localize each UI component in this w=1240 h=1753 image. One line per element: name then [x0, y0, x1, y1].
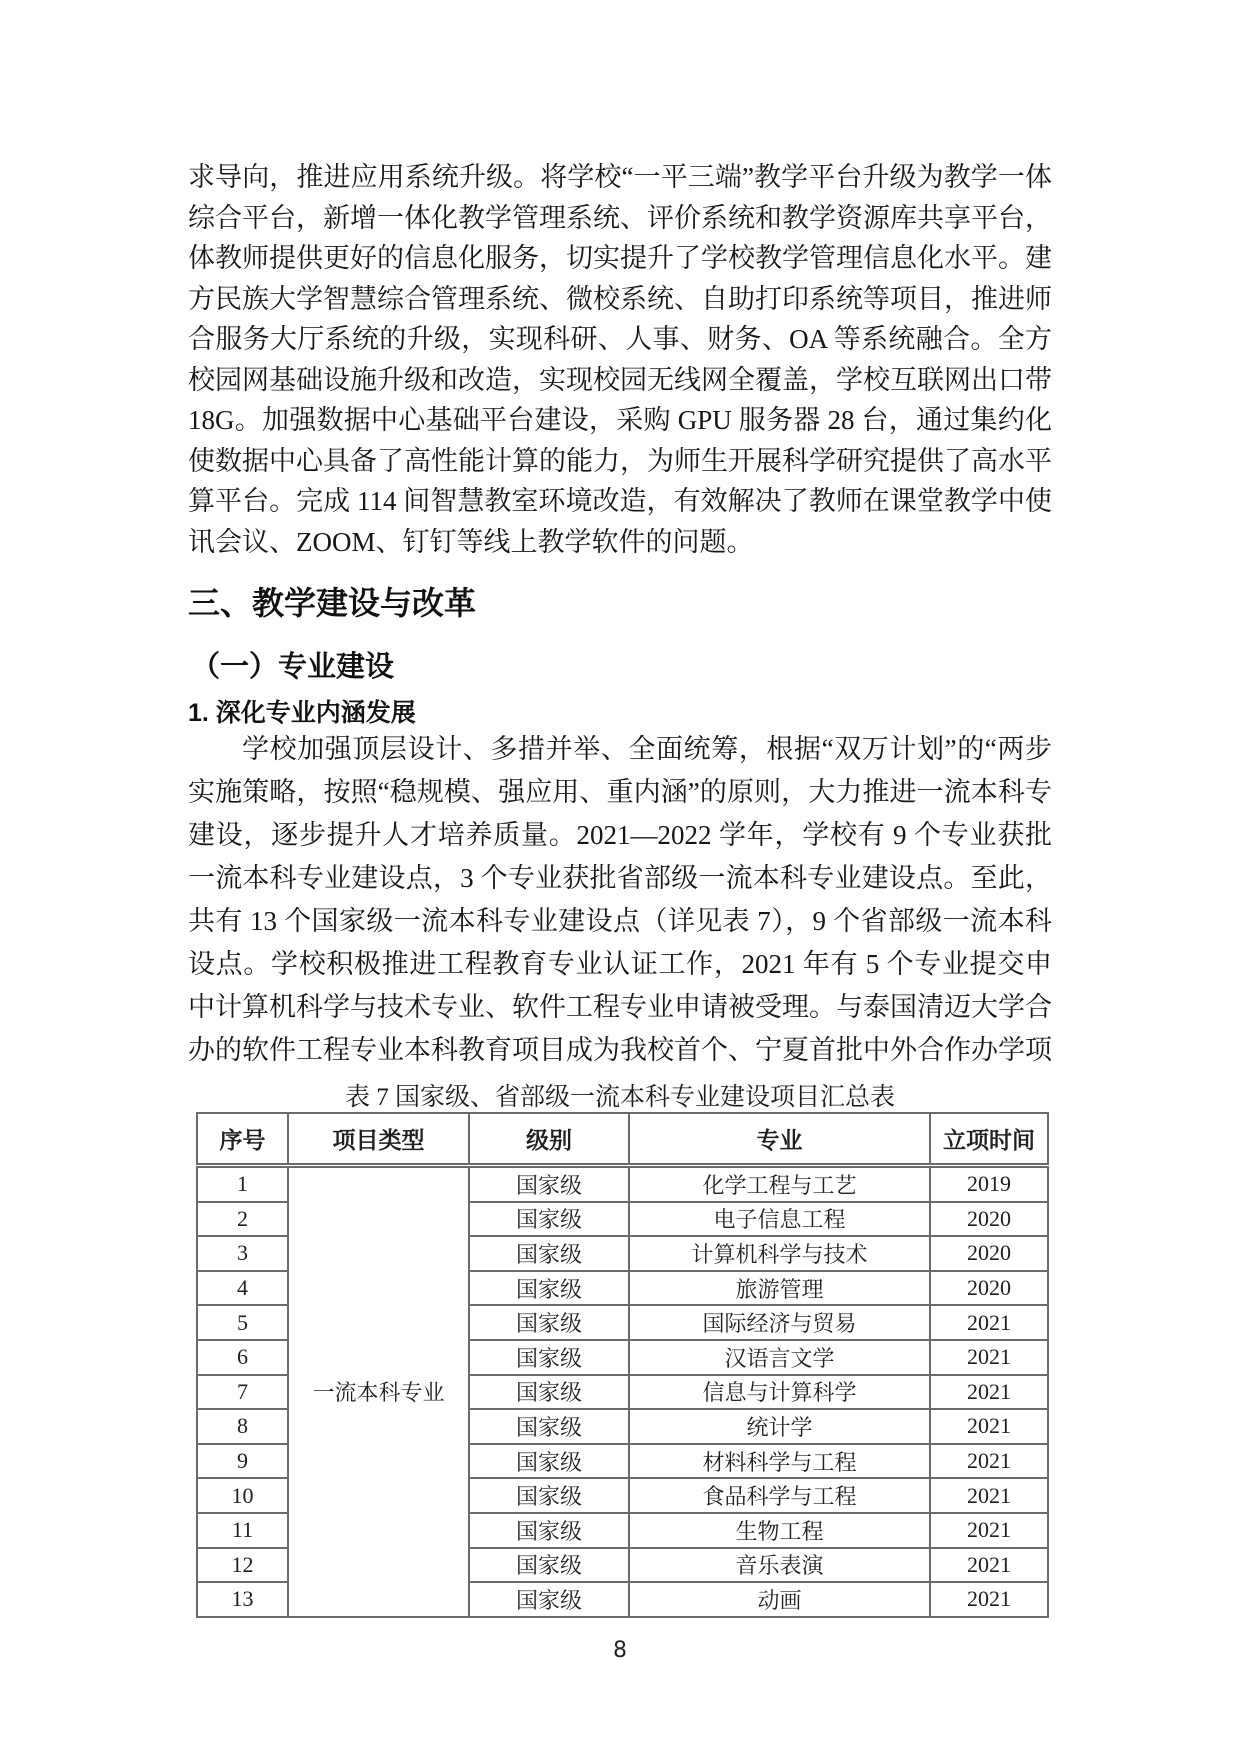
cell-year: 2019: [930, 1166, 1048, 1202]
cell-year: 2020: [930, 1271, 1048, 1306]
paragraph-line: 办的软件工程专业本科教育项目成为我校首个、宁夏首批中外合作办学项目。: [188, 1029, 1052, 1072]
paragraph-line: 实施策略，按照“稳规模、强应用、重内涵”的原则，大力推进一流本科专业: [188, 771, 1052, 814]
cell-year: 2021: [930, 1409, 1048, 1444]
table-row: 1一流本科专业国家级化学工程与工艺2019: [197, 1166, 1048, 1202]
body-paragraph-1: 求导向，推进应用系统升级。将学校“一平三端”教学平台升级为教学一体化综合平台，新…: [188, 157, 1052, 562]
cell-year: 2020: [930, 1236, 1048, 1271]
cell-major: 材料科学与工程: [629, 1444, 930, 1479]
cell-major: 统计学: [629, 1409, 930, 1444]
paragraph-line: 综合平台，新增一体化教学管理系统、评价系统和教学资源库共享平台，为全: [188, 198, 1052, 239]
header-cell-index: 序号: [197, 1113, 288, 1166]
cell-index: 1: [197, 1166, 288, 1202]
cell-major: 电子信息工程: [629, 1202, 930, 1237]
cell-major: 动画: [629, 1582, 930, 1617]
cell-index: 8: [197, 1409, 288, 1444]
cell-major: 旅游管理: [629, 1271, 930, 1306]
cell-index: 6: [197, 1340, 288, 1375]
table-caption: 表 7 国家级、省部级一流本科专业建设项目汇总表: [0, 1077, 1240, 1113]
cell-level: 国家级: [469, 1444, 629, 1479]
paragraph-line: 一流本科专业建设点，3 个专业获批省部级一流本科专业建设点。至此，学校: [188, 857, 1052, 900]
body-paragraph-2: 学校加强顶层设计、多措并举、全面统筹，根据“双万计划”的“两步走”实施策略，按照…: [188, 728, 1052, 1072]
paragraph-line: 合服务大厅系统的升级，实现科研、人事、财务、OA 等系统融合。全方位推进: [188, 319, 1052, 360]
cell-major: 化学工程与工艺: [629, 1166, 930, 1202]
cell-year: 2021: [930, 1478, 1048, 1513]
cell-index: 5: [197, 1305, 288, 1340]
paragraph-line: 设点。学校积极推进工程教育专业认证工作，2021 年有 5 个专业提交申请，其: [188, 943, 1052, 986]
cell-major: 信息与计算科学: [629, 1375, 930, 1410]
merged-project-type-cell: 一流本科专业: [288, 1166, 469, 1617]
page-number: 8: [0, 1638, 1240, 1663]
paragraph-line: 共有 13 个国家级一流本科专业建设点（详见表 7），9 个省部级一流本科专业建: [188, 900, 1052, 943]
cell-level: 国家级: [469, 1375, 629, 1410]
summary-table: 序号 项目类型 级别 专业 立项时间 1一流本科专业国家级化学工程与工艺2019…: [196, 1112, 1049, 1618]
cell-year: 2021: [930, 1548, 1048, 1583]
cell-index: 9: [197, 1444, 288, 1479]
paragraph-line: 求导向，推进应用系统升级。将学校“一平三端”教学平台升级为教学一体化: [188, 157, 1052, 198]
subsection-heading: （一）专业建设: [191, 644, 394, 685]
paragraph-line: 体教师提供更好的信息化服务，切实提升了学校教学管理信息化水平。建成北: [188, 238, 1052, 279]
cell-level: 国家级: [469, 1271, 629, 1306]
cell-level: 国家级: [469, 1236, 629, 1271]
cell-level: 国家级: [469, 1305, 629, 1340]
cell-level: 国家级: [469, 1166, 629, 1202]
paragraph-line: 讯会议、ZOOM、钉钉等线上教学软件的问题。: [188, 522, 1052, 563]
cell-index: 12: [197, 1548, 288, 1583]
cell-level: 国家级: [469, 1409, 629, 1444]
cell-index: 4: [197, 1271, 288, 1306]
paragraph-line: 算平台。完成 114 间智慧教室环境改造，有效解决了教师在课堂教学中使用腾: [188, 481, 1052, 522]
header-cell-major: 专业: [629, 1113, 930, 1166]
header-cell-type: 项目类型: [288, 1113, 469, 1166]
cell-index: 10: [197, 1478, 288, 1513]
cell-year: 2021: [930, 1340, 1048, 1375]
cell-year: 2021: [930, 1444, 1048, 1479]
paragraph-line: 方民族大学智慧综合管理系统、微校系统、自助打印系统等项目，推进师生综: [188, 279, 1052, 320]
cell-index: 11: [197, 1513, 288, 1548]
cell-major: 生物工程: [629, 1513, 930, 1548]
cell-index: 2: [197, 1202, 288, 1237]
cell-level: 国家级: [469, 1513, 629, 1548]
section-heading: 三、教学建设与改革: [188, 578, 476, 624]
cell-major: 音乐表演: [629, 1548, 930, 1583]
paragraph-line: 校园网基础设施升级和改造，实现校园无线网全覆盖，学校互联网出口带宽至: [188, 360, 1052, 401]
paragraph-line: 中计算机科学与技术专业、软件工程专业申请被受理。与泰国清迈大学合作举: [188, 986, 1052, 1029]
item-heading: 1. 深化专业内涵发展: [188, 693, 416, 729]
cell-level: 国家级: [469, 1340, 629, 1375]
header-cell-level: 级别: [469, 1113, 629, 1166]
cell-major: 国际经济与贸易: [629, 1305, 930, 1340]
cell-index: 7: [197, 1375, 288, 1410]
cell-level: 国家级: [469, 1478, 629, 1513]
cell-level: 国家级: [469, 1202, 629, 1237]
paragraph-line: 使数据中心具备了高性能计算的能力，为师生开展科学研究提供了高水平的计: [188, 441, 1052, 482]
paragraph-line: 学校加强顶层设计、多措并举、全面统筹，根据“双万计划”的“两步走”: [188, 728, 1052, 771]
table-header-row: 序号 项目类型 级别 专业 立项时间: [197, 1113, 1048, 1166]
cell-major: 食品科学与工程: [629, 1478, 930, 1513]
cell-index: 3: [197, 1236, 288, 1271]
cell-year: 2021: [930, 1375, 1048, 1410]
cell-year: 2021: [930, 1305, 1048, 1340]
document-page: 求导向，推进应用系统升级。将学校“一平三端”教学平台升级为教学一体化综合平台，新…: [0, 0, 1240, 1753]
cell-level: 国家级: [469, 1582, 629, 1617]
cell-major: 汉语言文学: [629, 1340, 930, 1375]
cell-index: 13: [197, 1582, 288, 1617]
header-cell-year: 立项时间: [930, 1113, 1048, 1166]
paragraph-line: 18G。加强数据中心基础平台建设，采购 GPU 服务器 28 台，通过集约化管理…: [188, 400, 1052, 441]
cell-major: 计算机科学与技术: [629, 1236, 930, 1271]
cell-level: 国家级: [469, 1548, 629, 1583]
cell-year: 2020: [930, 1202, 1048, 1237]
table-body: 1一流本科专业国家级化学工程与工艺20192国家级电子信息工程20203国家级计…: [197, 1166, 1048, 1617]
cell-year: 2021: [930, 1513, 1048, 1548]
cell-year: 2021: [930, 1582, 1048, 1617]
paragraph-line: 建设，逐步提升人才培养质量。2021—2022 学年，学校有 9 个专业获批国家…: [188, 814, 1052, 857]
